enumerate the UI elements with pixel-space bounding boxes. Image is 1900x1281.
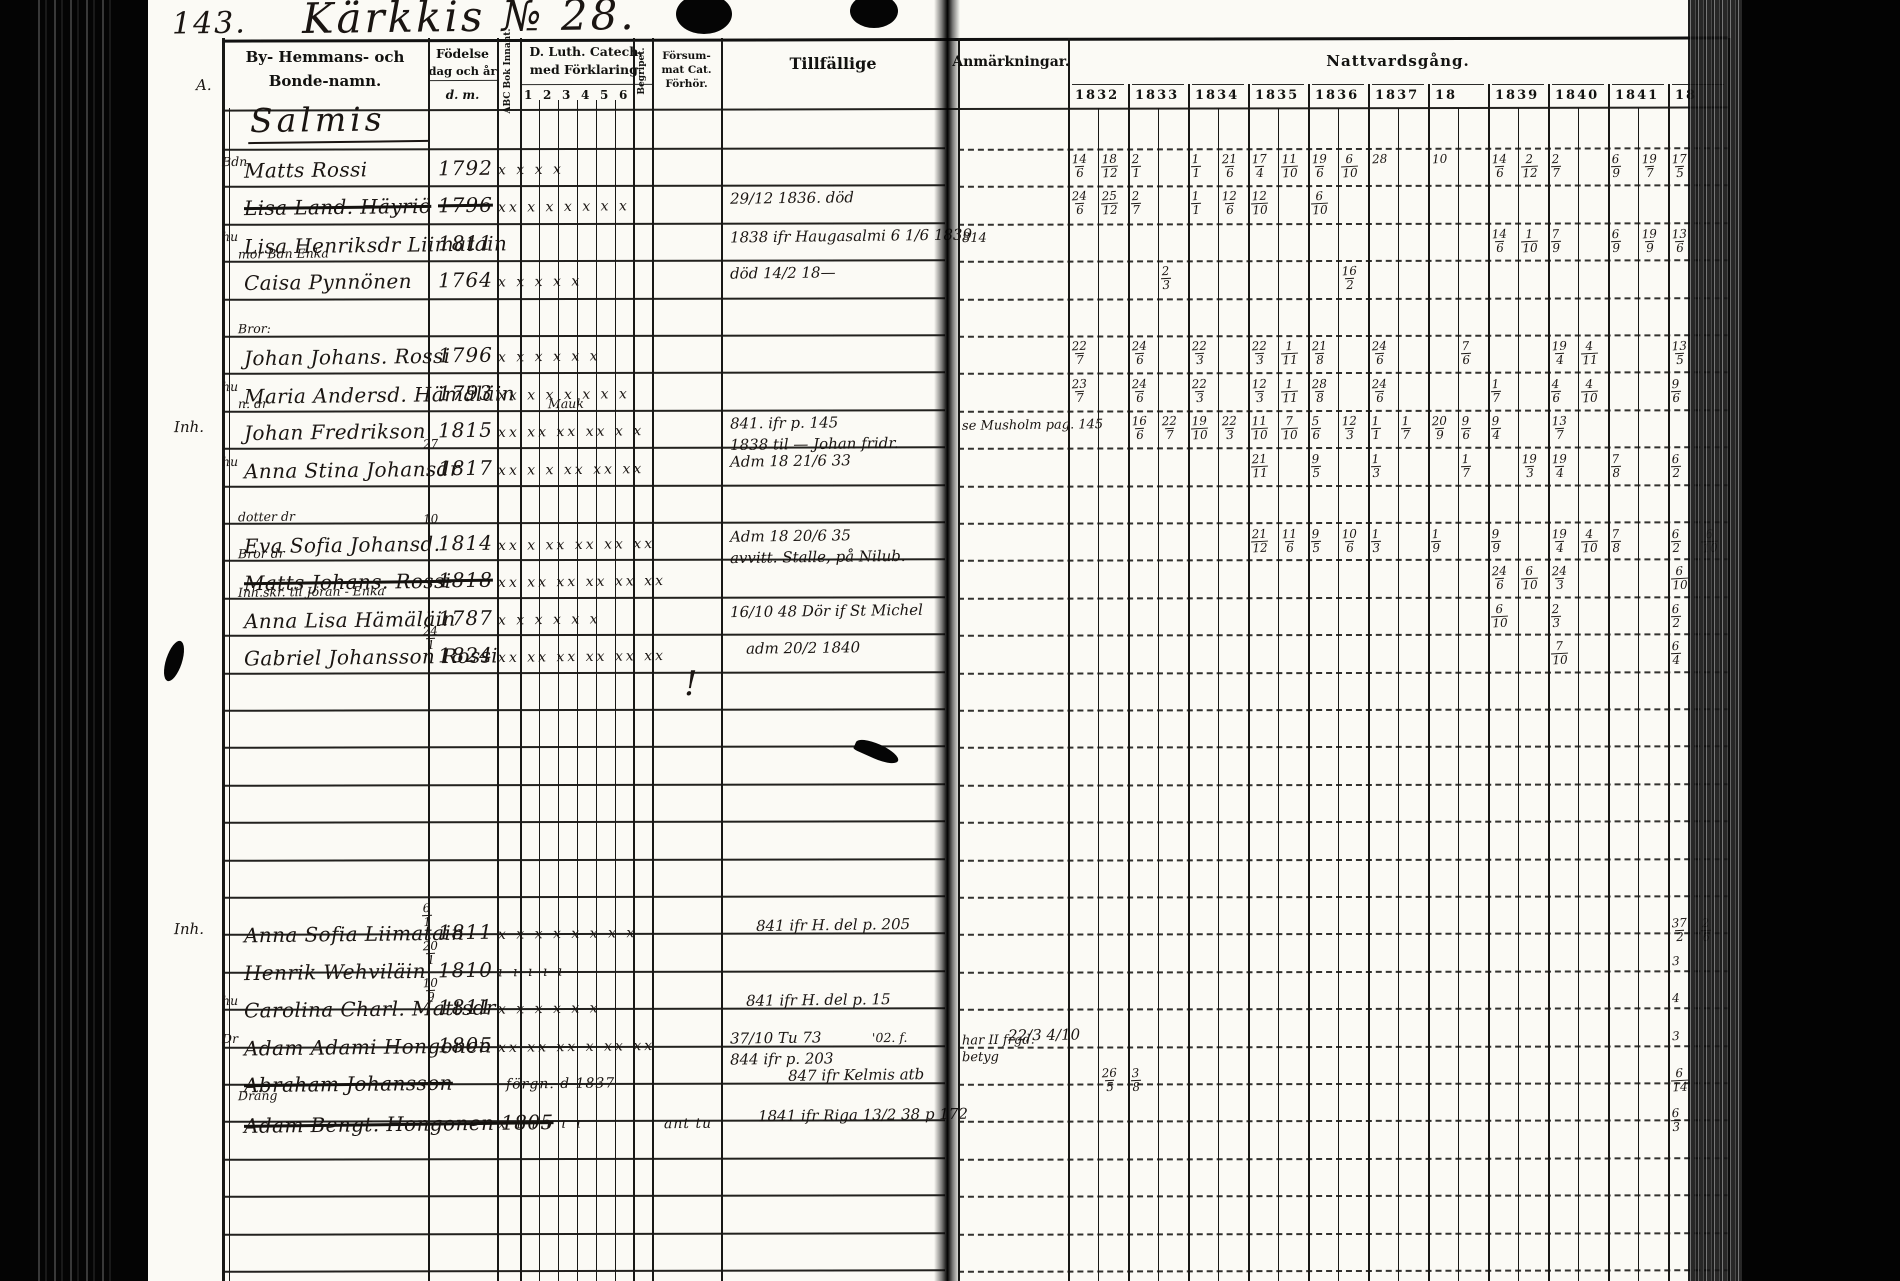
communion-date: 17 bbox=[1460, 453, 1471, 480]
person-name: Henrik Wehviläin bbox=[244, 959, 426, 985]
communion-date: 227 bbox=[1160, 415, 1179, 442]
communion-date: 194 bbox=[1550, 528, 1569, 555]
communion-date: 110 bbox=[1520, 228, 1539, 255]
year-label: 18 bbox=[1435, 88, 1457, 103]
birth-year: 1810 bbox=[438, 958, 493, 983]
birth-year: 1815 bbox=[438, 418, 493, 443]
communion-date: 23 bbox=[1160, 265, 1171, 292]
header-birth-line2: dag och år bbox=[428, 64, 497, 78]
person-name: Anna Stina Johansdr bbox=[244, 457, 460, 484]
communion-date: 246 bbox=[1490, 565, 1509, 592]
communion-date: 96 bbox=[1670, 378, 1681, 405]
tillfallige-note: 847 ifr Kelmis atb bbox=[788, 1065, 924, 1085]
stray-mark: A. bbox=[196, 76, 212, 94]
header-tillfallige: Tillfällige bbox=[721, 54, 945, 73]
communion-date: 610 bbox=[1310, 190, 1329, 217]
person-name: Caisa Pynnönen bbox=[244, 269, 412, 295]
communion-date: 111 bbox=[1280, 340, 1299, 367]
column-line bbox=[1368, 84, 1370, 1281]
communion-date: 27 bbox=[1550, 153, 1561, 180]
communion-date: 4 bbox=[1671, 992, 1681, 1005]
catech-marks: x x x x x x bbox=[498, 611, 601, 628]
catech-number: 4 bbox=[581, 88, 589, 102]
header-birth-line1: Födelse bbox=[428, 46, 497, 61]
communion-date: 38 bbox=[1130, 1067, 1141, 1094]
communion-date: 246 bbox=[1130, 340, 1149, 367]
catech-number: 2 bbox=[543, 88, 551, 102]
tillfallige-note: Adm 18 20/6 35 bbox=[730, 526, 851, 545]
communion-date: 27 bbox=[1130, 190, 1141, 217]
column-note: förgn. d 1837 bbox=[506, 1075, 615, 1092]
communion-date: 218 bbox=[1310, 340, 1329, 367]
communion-date: 23 bbox=[1550, 603, 1561, 630]
row-prefix: mor Bdn Enka bbox=[238, 245, 329, 261]
communion-date: 710 bbox=[1280, 415, 1299, 442]
anmarkning-note: betyg bbox=[962, 1050, 999, 1065]
column-line bbox=[1458, 108, 1459, 1281]
birth-year: 1764 bbox=[438, 268, 493, 293]
rule-line bbox=[428, 80, 497, 81]
communion-date: 212 bbox=[1520, 153, 1539, 180]
communion-date: 246 bbox=[1070, 190, 1089, 217]
communion-date: 13 bbox=[1370, 453, 1381, 480]
rule-line bbox=[1432, 84, 1484, 85]
header-catech-line2: med Förklaring. bbox=[520, 62, 652, 77]
communion-date: 237 bbox=[1070, 378, 1089, 405]
header-name-line2: Bonde-namn. bbox=[224, 72, 426, 90]
communion-date: 610 bbox=[1340, 153, 1359, 180]
catech-marks: xx xx xx xx x x bbox=[498, 423, 644, 441]
stray-mark: ! bbox=[684, 664, 698, 704]
catech-number: 5 bbox=[600, 88, 608, 102]
catech-marks: x x x x x x x x bbox=[498, 925, 638, 943]
communion-date: 62 bbox=[1670, 603, 1681, 630]
communion-date: 410 bbox=[1580, 378, 1599, 405]
birth-year: 1824 bbox=[438, 643, 493, 668]
birth-year: 1787 bbox=[438, 606, 493, 631]
column-line bbox=[1248, 84, 1250, 1281]
communion-date: 710 bbox=[1550, 640, 1569, 667]
tillfallige-note: avvitt. Stalle, på Nilub. bbox=[730, 547, 906, 567]
row-prefix: Inh.skr. til Jöran - Enka bbox=[238, 583, 385, 600]
communion-date: 2111 bbox=[1250, 453, 1269, 480]
catech-number: 6 bbox=[619, 88, 627, 102]
margin-label: Inh. bbox=[174, 920, 204, 938]
header-abc-book: ABC Bok Innant. bbox=[503, 25, 513, 117]
communion-date: 1110 bbox=[1280, 153, 1299, 180]
column-line bbox=[1068, 38, 1070, 1281]
header-nattvardsgang: Nattvardsgång. bbox=[1068, 52, 1728, 70]
communion-date: 223 bbox=[1190, 340, 1209, 367]
rule-line bbox=[1492, 84, 1544, 85]
communion-date: 62 bbox=[1670, 453, 1681, 480]
communion-date: 126 bbox=[1220, 190, 1239, 217]
communion-date: 197 bbox=[1640, 153, 1659, 180]
name-over-note: Mauk bbox=[548, 396, 584, 411]
tillfallige-note: 29/12 1836. död bbox=[730, 188, 854, 208]
rule-line bbox=[1072, 84, 1124, 85]
catech-number: 3 bbox=[562, 88, 570, 102]
communion-date: 78 bbox=[1610, 528, 1621, 555]
header-forsummat-line2: mat Cat. bbox=[652, 64, 721, 76]
birth-year: 1811 bbox=[438, 920, 493, 945]
communion-date: 288 bbox=[1310, 378, 1329, 405]
communion-date: 79 bbox=[1550, 228, 1561, 255]
birth-year: 1811 bbox=[438, 995, 493, 1020]
person-name: Johan Fredrikson bbox=[244, 419, 426, 445]
communion-date: 174 bbox=[1250, 153, 1269, 180]
communion-date: 243 bbox=[1550, 565, 1569, 592]
row-prefix: dotter dr bbox=[238, 509, 295, 525]
communion-date: 1110 bbox=[1250, 415, 1269, 442]
rule-line bbox=[1132, 84, 1184, 85]
communion-date: 614 bbox=[1670, 1067, 1689, 1094]
person-name: Johan Johans. Rossi bbox=[244, 344, 451, 371]
communion-date: 95 bbox=[1310, 453, 1321, 480]
communion-date: 135 bbox=[1670, 340, 1689, 367]
birth-year: 1796 bbox=[438, 343, 493, 368]
catech-marks: x x x x bbox=[498, 162, 564, 179]
communion-date: 175 bbox=[1670, 153, 1689, 180]
tillfallige-note: Adm 18 21/6 33 bbox=[730, 451, 851, 470]
anmarkning-note: 814 bbox=[962, 231, 987, 246]
header-forsummat-line3: Förhör. bbox=[652, 78, 721, 90]
rule-line bbox=[1312, 84, 1364, 85]
communion-date: 136 bbox=[1670, 228, 1689, 255]
tillfallige-note: 841. ifr p. 145 bbox=[730, 413, 838, 432]
communion-date: 209 bbox=[1430, 415, 1449, 442]
header-birth-dm: d. m. bbox=[428, 88, 497, 102]
communion-date: 11 bbox=[1190, 190, 1201, 217]
book-fold bbox=[934, 0, 960, 1281]
communion-date: 410 bbox=[1580, 528, 1599, 555]
communion-date: 1210 bbox=[1250, 190, 1269, 217]
rule-line bbox=[1372, 84, 1424, 85]
row-prefix: hu bbox=[222, 229, 238, 244]
communion-date: 372 bbox=[1670, 917, 1689, 944]
column-line bbox=[1398, 108, 1399, 1281]
tillfallige-note: 16/10 48 Dör if St Michel bbox=[730, 601, 923, 621]
year-label: 1837 bbox=[1375, 88, 1419, 103]
page-title: Kärkkis № 28. bbox=[302, 0, 637, 43]
communion-date: 19 bbox=[1430, 528, 1441, 555]
communion-date: 2112 bbox=[1250, 528, 1269, 555]
tillfallige-note: död 14/2 18— bbox=[730, 263, 836, 282]
stray-mark: '02. f. bbox=[872, 1030, 908, 1045]
communion-date: 146 bbox=[1490, 228, 1509, 255]
rule-line bbox=[1612, 84, 1664, 85]
header-catech-line1: D. Luth. Catech. bbox=[520, 44, 652, 59]
communion-date: 64 bbox=[1670, 640, 1681, 667]
catech-marks: x x x x x x bbox=[498, 348, 601, 365]
communion-date: 246 bbox=[1130, 378, 1149, 405]
communion-date: 11 bbox=[1190, 153, 1201, 180]
communion-date: 10 bbox=[1431, 153, 1449, 166]
communion-date: 216 bbox=[1220, 153, 1239, 180]
communion-date: 223 bbox=[1220, 415, 1239, 442]
communion-date: 411 bbox=[1580, 340, 1599, 367]
communion-date: 166 bbox=[1130, 415, 1149, 442]
rule-line bbox=[1252, 84, 1304, 85]
communion-date: 265 bbox=[1100, 1067, 1119, 1094]
communion-date: 56 bbox=[1310, 415, 1321, 442]
communion-date: 69 bbox=[1610, 153, 1621, 180]
communion-date: 46 bbox=[1550, 378, 1561, 405]
column-line bbox=[596, 100, 597, 1281]
row-prefix: hu bbox=[222, 379, 238, 394]
header-name-line1: By- Hemmans- och bbox=[224, 48, 426, 66]
communion-date: 62 bbox=[1670, 528, 1681, 555]
column-line bbox=[721, 38, 723, 1281]
communion-date: 223 bbox=[1190, 378, 1209, 405]
column-line bbox=[615, 100, 616, 1281]
column-line bbox=[1668, 84, 1670, 1281]
stray-mark: 22/3 4/10 bbox=[1008, 1026, 1080, 1045]
communion-date: 610 bbox=[1490, 603, 1509, 630]
birth-day: 27 bbox=[422, 438, 440, 451]
row-prefix: hu bbox=[222, 993, 238, 1008]
communion-date: 199 bbox=[1640, 228, 1659, 255]
column-line bbox=[1488, 84, 1490, 1281]
communion-date: 116 bbox=[1280, 528, 1299, 555]
column-line bbox=[229, 108, 230, 1281]
communion-date: 223 bbox=[1250, 340, 1269, 367]
tillfallige-note: 841 ifr H. del p. 205 bbox=[756, 915, 910, 935]
birth-day: 10 bbox=[422, 513, 440, 526]
communion-date: 106 bbox=[1340, 528, 1359, 555]
catech-marks: xx x x xx xx xx bbox=[498, 461, 644, 479]
communion-date: 3 bbox=[1671, 955, 1681, 968]
column-line bbox=[1158, 108, 1159, 1281]
communion-date: 1812 bbox=[1100, 153, 1119, 180]
catech-marks: xx x x x x x x bbox=[498, 198, 630, 216]
communion-date: 17 bbox=[1400, 415, 1411, 442]
communion-date: 111 bbox=[1280, 378, 1299, 405]
communion-date: 146 bbox=[1490, 153, 1509, 180]
communion-date: 95 bbox=[1310, 528, 1321, 555]
communion-date: 96 bbox=[1460, 415, 1471, 442]
birth-year: 1811 bbox=[438, 231, 493, 256]
catech-marks: x ı ı ı ı ı bbox=[498, 1115, 584, 1132]
year-label: 1839 bbox=[1495, 88, 1539, 103]
communion-date: 1910 bbox=[1190, 415, 1209, 442]
rule-line bbox=[1552, 84, 1604, 85]
communion-date: 69 bbox=[1610, 228, 1621, 255]
year-label: 1834 bbox=[1195, 88, 1239, 103]
communion-date: 17 bbox=[1490, 378, 1501, 405]
column-line bbox=[1308, 84, 1310, 1281]
communion-date: 3 bbox=[1671, 1030, 1681, 1043]
column-line bbox=[1218, 108, 1219, 1281]
birth-day: 61 bbox=[421, 902, 432, 929]
catech-marks: xx x xx xx xx xx bbox=[498, 536, 655, 554]
birth-year: 1796 bbox=[438, 193, 493, 218]
communion-date: 193 bbox=[1520, 453, 1539, 480]
column-line bbox=[1188, 84, 1190, 1281]
column-line bbox=[1548, 84, 1550, 1281]
catech-marks: xx xx xx xx xx xx bbox=[498, 573, 666, 591]
column-line bbox=[1338, 108, 1339, 1281]
communion-date: 28 bbox=[1371, 153, 1389, 166]
year-label: 1840 bbox=[1555, 88, 1599, 103]
person-name: Matts Rossi bbox=[244, 157, 368, 183]
birth-year: 1792 bbox=[438, 156, 493, 181]
communion-date: 610 bbox=[1670, 565, 1689, 592]
communion-date: 123 bbox=[1250, 378, 1269, 405]
header-begripet: Begripet. bbox=[637, 29, 647, 113]
year-label: 1833 bbox=[1135, 88, 1179, 103]
communion-date: 162 bbox=[1340, 265, 1359, 292]
communion-date: 137 bbox=[1550, 415, 1569, 442]
column-line bbox=[1098, 108, 1099, 1281]
communion-date: 21 bbox=[1130, 153, 1141, 180]
catech-number: 1 bbox=[524, 88, 532, 102]
column-line bbox=[1518, 108, 1519, 1281]
communion-date: 194 bbox=[1550, 340, 1569, 367]
rule-line bbox=[1192, 84, 1244, 85]
birth-year: 1814 bbox=[438, 531, 493, 556]
person-name: Lisa Land. Häyriö bbox=[244, 194, 432, 220]
column-line bbox=[1638, 108, 1639, 1281]
year-label: 1835 bbox=[1255, 88, 1299, 103]
birth-year: 1818 bbox=[438, 568, 493, 593]
column-line bbox=[1128, 84, 1130, 1281]
communion-date: 11 bbox=[1370, 415, 1381, 442]
catech-marks: xx xx xx xx xx xx bbox=[498, 648, 666, 666]
communion-date: 610 bbox=[1520, 565, 1539, 592]
header-forsummat-line1: Försum- bbox=[652, 50, 721, 62]
row-prefix: hu bbox=[222, 454, 238, 469]
communion-date: 99 bbox=[1490, 528, 1501, 555]
catech-marks: x x x x x bbox=[498, 273, 582, 290]
communion-date: 78 bbox=[1610, 453, 1621, 480]
communion-date: 2512 bbox=[1100, 190, 1119, 217]
year-label: 1841 bbox=[1615, 88, 1659, 103]
communion-date: 123 bbox=[1340, 415, 1359, 442]
margin-label: Inh. bbox=[174, 418, 204, 436]
birth-year: 1805 bbox=[438, 1033, 493, 1058]
column-line bbox=[1608, 84, 1610, 1281]
column-line bbox=[1428, 84, 1430, 1281]
farm-name: Salmis bbox=[248, 99, 428, 144]
column-line bbox=[1278, 108, 1279, 1281]
communion-date: 94 bbox=[1490, 415, 1501, 442]
catech-marks: xx xx xx x xx xx bbox=[498, 1038, 655, 1056]
communion-date: 246 bbox=[1370, 340, 1389, 367]
column-note: ant tu bbox=[664, 1116, 712, 1133]
row-prefix: n. dr bbox=[238, 396, 268, 411]
column-line bbox=[222, 38, 225, 1281]
row-prefix: Dräng bbox=[238, 1088, 278, 1103]
tillfallige-note: 841 ifr H. del p. 15 bbox=[746, 990, 891, 1010]
catech-marks: x x x x x x bbox=[498, 1000, 601, 1017]
scan-edge-right bbox=[1742, 0, 1900, 1281]
birth-year: 1793 bbox=[438, 381, 493, 406]
catech-marks: ı ı ı ı ı bbox=[498, 964, 565, 981]
page-edge-right bbox=[1688, 0, 1742, 1281]
tillfallige-note: 37/10 Tu 73 bbox=[730, 1028, 822, 1047]
communion-date: 63 bbox=[1670, 1107, 1681, 1134]
scan-streaks bbox=[38, 0, 116, 1281]
row-prefix: Dr bbox=[222, 1031, 238, 1046]
birth-year: 1817 bbox=[438, 456, 493, 481]
communion-date: 196 bbox=[1310, 153, 1329, 180]
communion-date: 246 bbox=[1370, 378, 1389, 405]
column-line bbox=[1578, 108, 1579, 1281]
tillfallige-note: adm 20/2 1840 bbox=[746, 638, 860, 657]
communion-date: 194 bbox=[1550, 453, 1569, 480]
page-number: 143. bbox=[172, 6, 247, 42]
communion-date: 76 bbox=[1460, 340, 1471, 367]
year-label: 1832 bbox=[1075, 88, 1119, 103]
scan-edge-left bbox=[0, 0, 148, 1281]
scanned-church-record: 143. Kärkkis № 28. By- Hemmans- och Bond… bbox=[0, 0, 1900, 1281]
row-prefix: Bror dr bbox=[238, 546, 285, 562]
communion-date: 146 bbox=[1070, 153, 1089, 180]
communion-date: 13 bbox=[1370, 528, 1381, 555]
year-label: 1836 bbox=[1315, 88, 1359, 103]
anmarkning-note: se Musholm pag. 145 bbox=[962, 417, 1103, 434]
row-prefix: Bror: bbox=[238, 321, 271, 336]
communion-date: 227 bbox=[1070, 340, 1089, 367]
